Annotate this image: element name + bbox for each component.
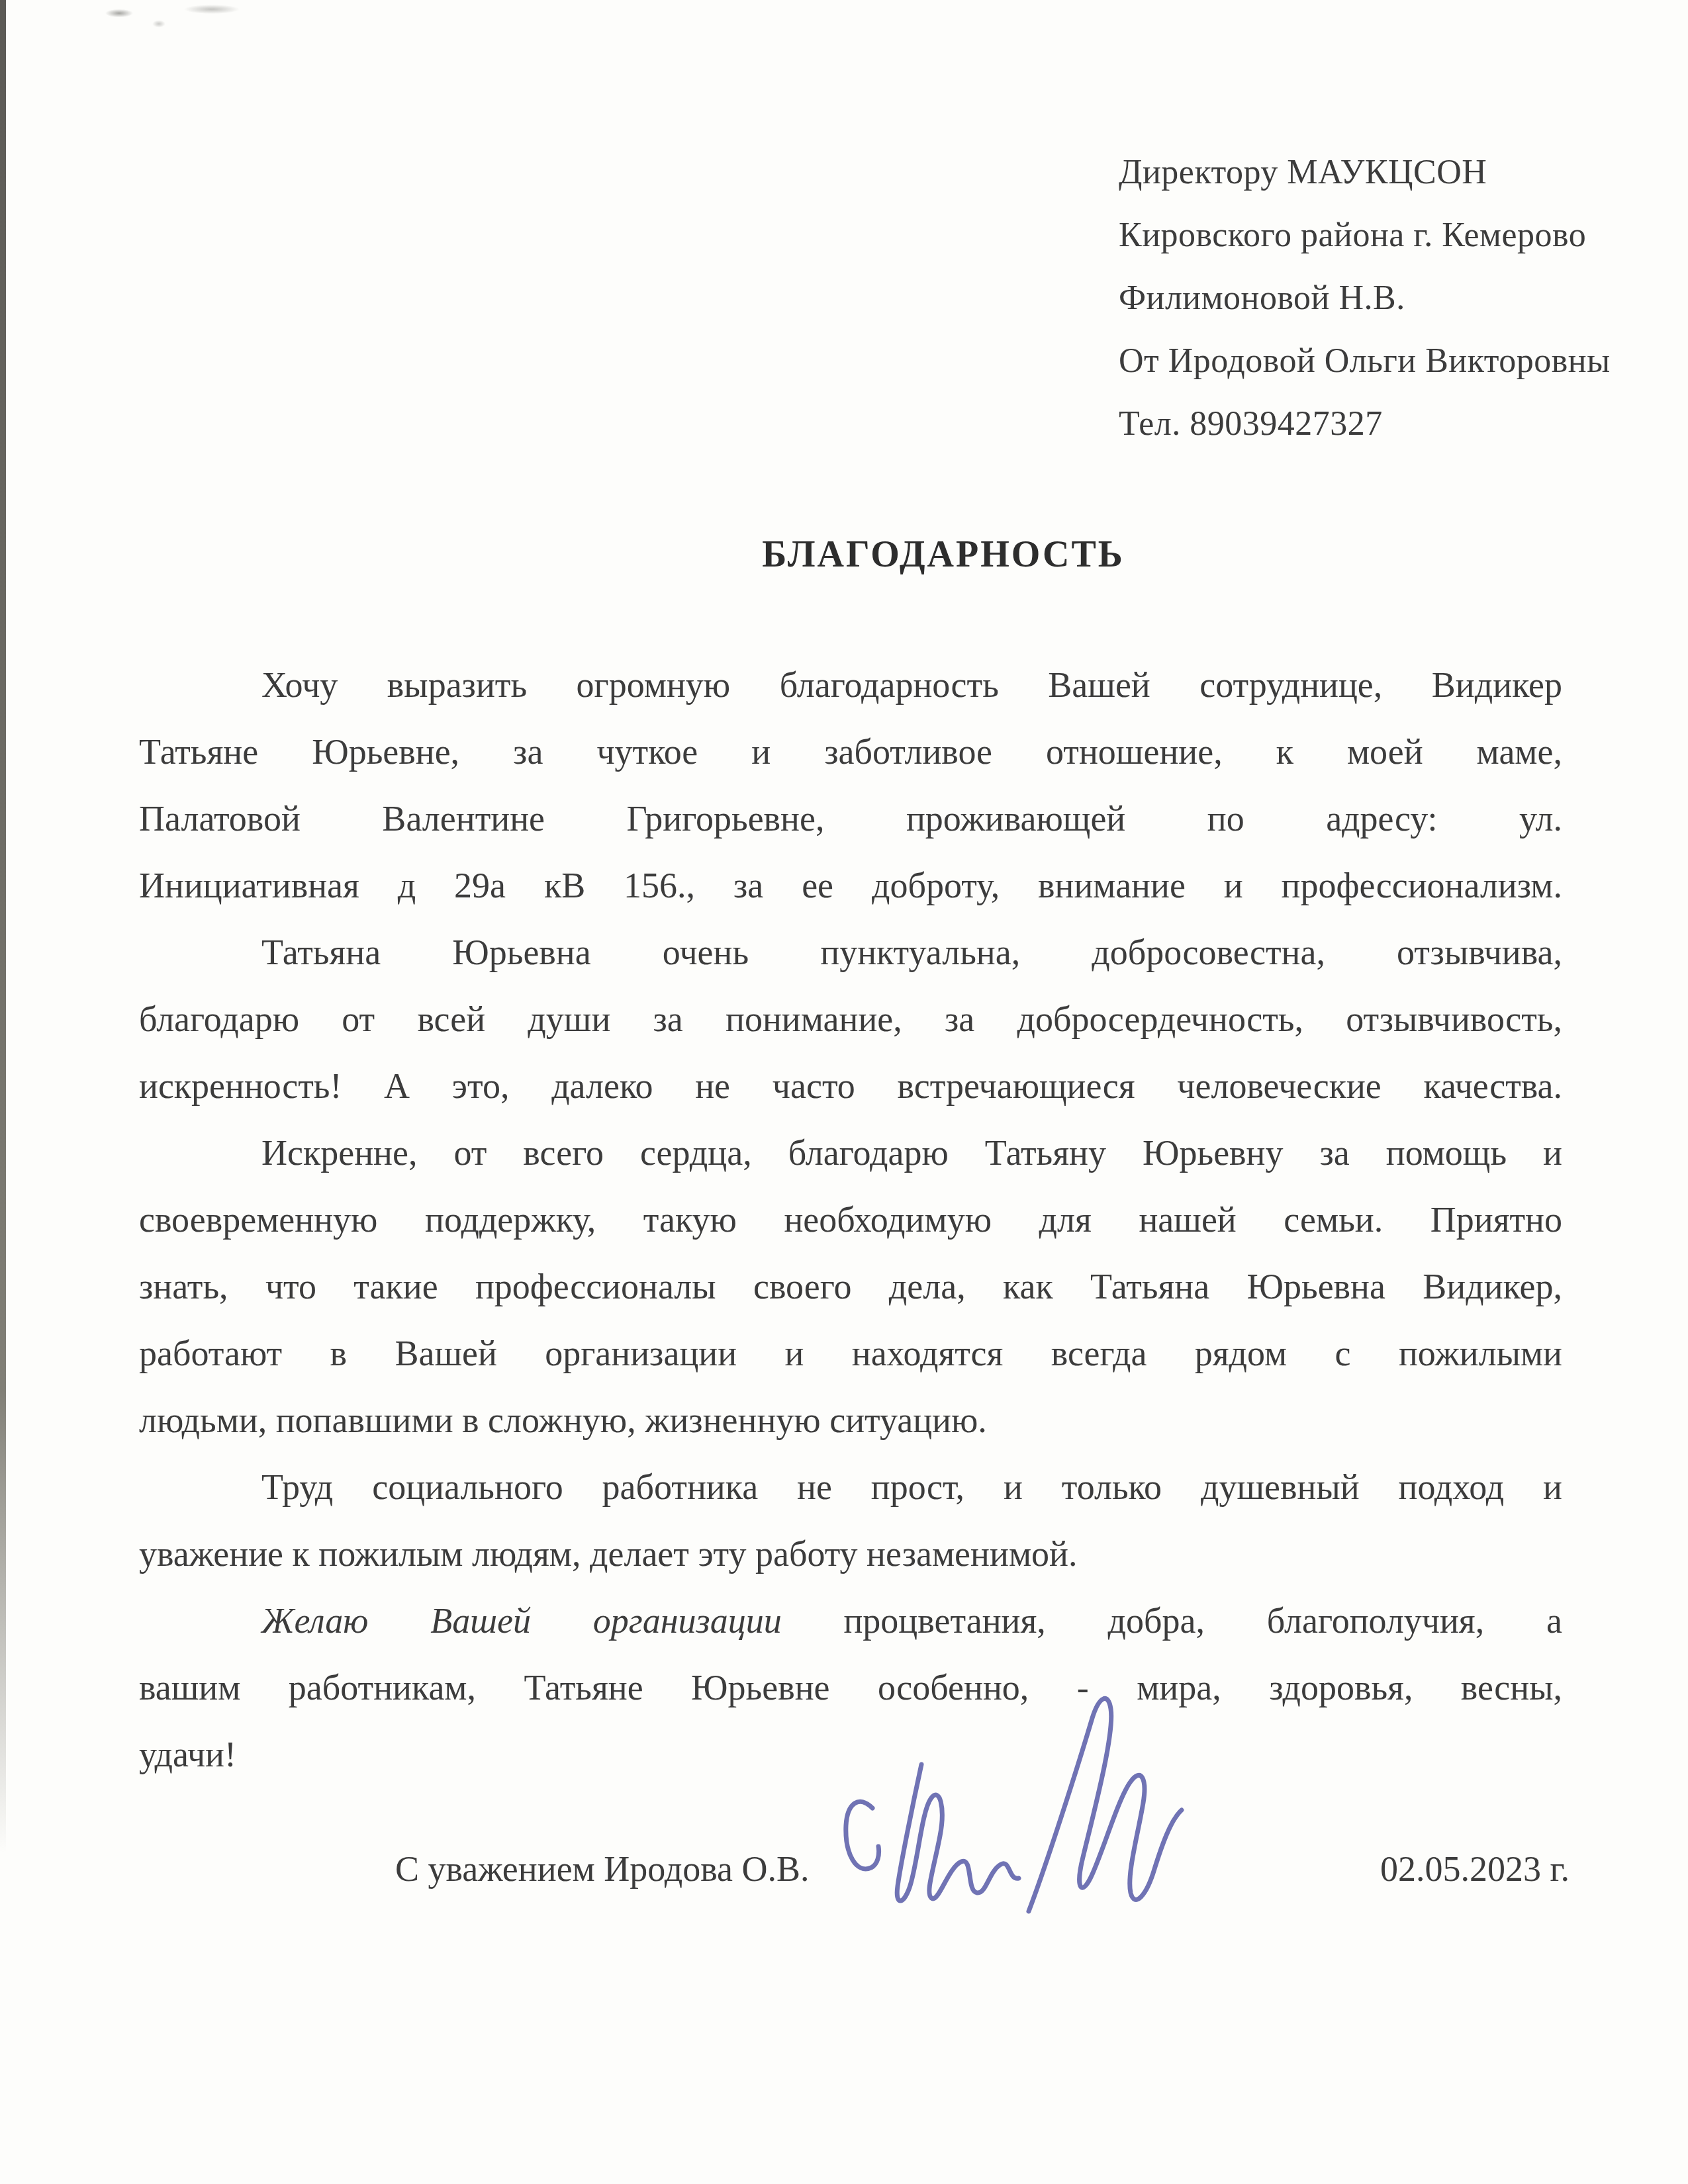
body-line: Инициативная д 29а кВ 156., за ее доброт… xyxy=(139,852,1562,919)
body-line: искренность! А это, далеко не часто встр… xyxy=(139,1053,1562,1120)
letter-body: Хочу выразить огромную благодарность Ваш… xyxy=(139,652,1562,1788)
text-run: Татьяна Юрьевна очень пунктуальна, добро… xyxy=(261,933,1562,972)
text-run: уважение к пожилым людям, делает эту раб… xyxy=(139,1534,1077,1574)
recipient-line: Тел. 89039427327 xyxy=(1119,392,1635,455)
body-line: Татьяна Юрьевна очень пунктуальна, добро… xyxy=(139,919,1562,986)
body-line: Палатовой Валентине Григорьевне, прожива… xyxy=(139,786,1562,852)
body-line: Хочу выразить огромную благодарность Ваш… xyxy=(139,652,1562,719)
letter-title: БЛАГОДАРНОСТЬ xyxy=(139,533,1562,576)
recipient-line: Филимоновой Н.В. xyxy=(1119,267,1635,330)
scanned-letter-page: Директору МАУКЦСОНКировского района г. К… xyxy=(0,0,1688,2184)
body-line: Труд социального работника не прост, и т… xyxy=(139,1454,1562,1521)
recipient-line: От Иродовой Ольги Викторовны xyxy=(1119,330,1635,392)
text-run: Искренне, от всего сердца, благодарю Тат… xyxy=(261,1133,1562,1173)
text-run: удачи! xyxy=(139,1735,236,1774)
recipient-line: Директору МАУКЦСОН xyxy=(1119,141,1635,204)
text-run: Татьяне Юрьевне, за чуткое и заботливое … xyxy=(139,732,1562,772)
text-run: Труд социального работника не прост, и т… xyxy=(261,1467,1562,1507)
body-line: своевременную поддержку, такую необходим… xyxy=(139,1187,1562,1253)
text-run: людьми, попавшими в сложную, жизненную с… xyxy=(139,1400,987,1440)
text-run: Хочу выразить огромную благодарность Ваш… xyxy=(261,665,1562,705)
body-line: уважение к пожилым людям, делает эту раб… xyxy=(139,1521,1562,1588)
body-line: Желаю Вашей организации процветания, доб… xyxy=(139,1588,1562,1655)
text-run: благодарю от всей души за понимание, за … xyxy=(139,999,1562,1039)
body-line: Татьяне Юрьевне, за чуткое и заботливое … xyxy=(139,719,1562,786)
handwritten-signature xyxy=(816,1668,1186,1933)
body-line: Искренне, от всего сердца, благодарю Тат… xyxy=(139,1120,1562,1187)
text-run: работают в Вашей организации и находятся… xyxy=(139,1334,1562,1373)
recipient-block: Директору МАУКЦСОНКировского района г. К… xyxy=(1119,141,1635,455)
recipient-line: Кировского района г. Кемерово xyxy=(1119,204,1635,267)
body-line: людьми, попавшими в сложную, жизненную с… xyxy=(139,1387,1562,1454)
closing-line: С уважением Иродова О.В. xyxy=(395,1848,809,1889)
text-run: Инициативная д 29а кВ 156., за ее доброт… xyxy=(139,866,1562,905)
body-line: благодарю от всей души за понимание, за … xyxy=(139,986,1562,1053)
scanner-edge-artifact xyxy=(0,0,6,1853)
body-line: знать, что такие профессионалы своего де… xyxy=(139,1253,1562,1320)
text-run: искренность! А это, далеко не часто встр… xyxy=(139,1066,1562,1106)
body-line: работают в Вашей организации и находятся… xyxy=(139,1320,1562,1387)
text-run: своевременную поддержку, такую необходим… xyxy=(139,1200,1562,1240)
text-run: знать, что такие профессионалы своего де… xyxy=(139,1267,1562,1306)
text-run: Палатовой Валентине Григорьевне, прожива… xyxy=(139,799,1562,839)
italic-text-run: Желаю Вашей организации xyxy=(261,1601,782,1641)
text-run: процветания, добра, благополучия, а xyxy=(782,1601,1562,1641)
scan-speck-artifact xyxy=(99,4,271,30)
signature-date: 02.05.2023 г. xyxy=(1380,1848,1570,1889)
